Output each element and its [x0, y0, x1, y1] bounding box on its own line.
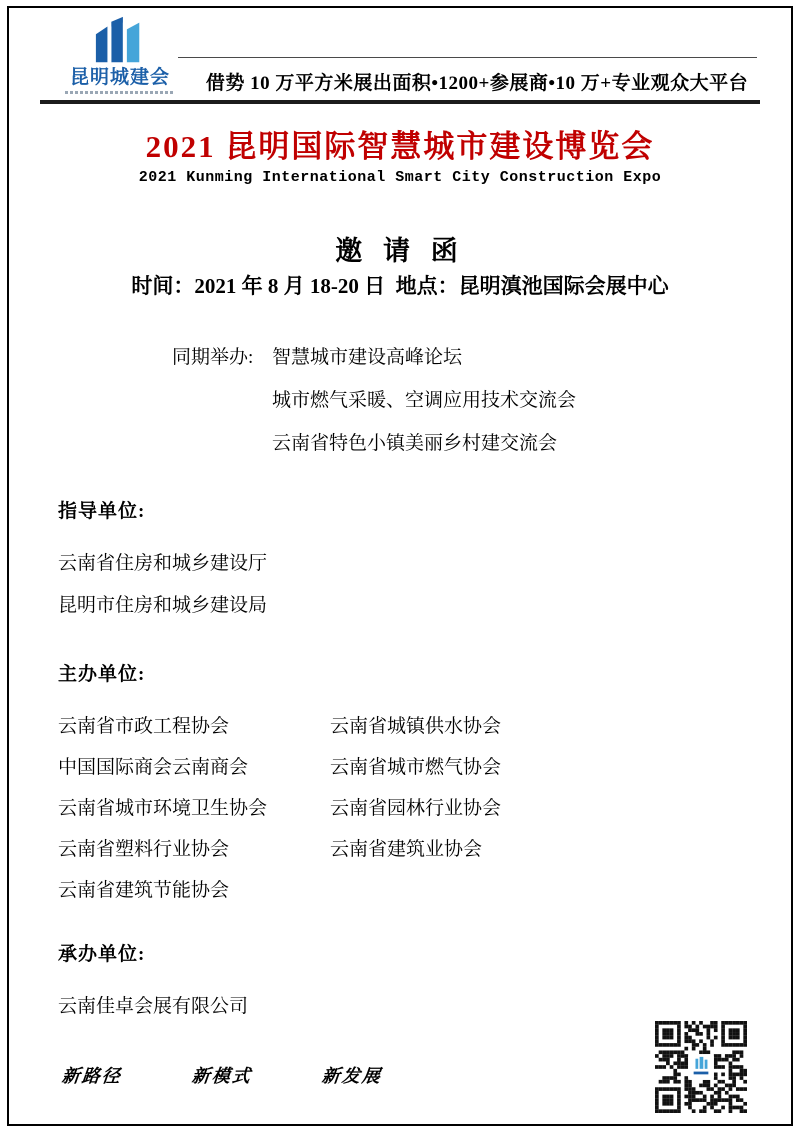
concurrent-events-list: 智慧城市建设高峰论坛 城市燃气采暖、空调应用技术交流会 云南省特色小镇美丽乡村建…: [272, 336, 576, 465]
concurrent-event: 城市燃气采暖、空调应用技术交流会: [272, 379, 576, 422]
undertaker-items: 云南佳卓会展有限公司: [58, 986, 248, 1028]
organizer-item: 云南省建筑业协会: [330, 829, 501, 870]
guidance-section: 指导单位: 云南省住房和城乡建设厅 昆明市住房和城乡建设局: [58, 496, 267, 627]
slogan: 新发展: [321, 1062, 384, 1088]
header-rule-thick: [40, 100, 760, 104]
slogan: 新路径: [61, 1062, 124, 1088]
organizer-item: 云南省建筑节能协会: [58, 870, 330, 911]
concurrent-events-section: 同期举办: 智慧城市建设高峰论坛 城市燃气采暖、空调应用技术交流会 云南省特色小…: [172, 336, 576, 465]
guidance-items: 云南省住房和城乡建设厅 昆明市住房和城乡建设局: [58, 543, 267, 627]
invitation-heading: 邀 请 函: [0, 229, 800, 268]
concurrent-event: 智慧城市建设高峰论坛: [272, 336, 576, 379]
organizers-section: 主办单位: 云南省市政工程协会 云南省城镇供水协会 中国国际商会云南商会 云南省…: [58, 659, 501, 911]
undertaker-section: 承办单位: 云南佳卓会展有限公司: [58, 939, 248, 1028]
organizer-item: 云南省城镇供水协会: [330, 706, 501, 747]
expo-title-zh: 2021 昆明国际智慧城市建设博览会: [0, 121, 800, 166]
undertaker-label: 承办单位:: [58, 939, 248, 966]
header-rule-thin: [178, 57, 757, 58]
logo-buildings-icon: [60, 14, 180, 68]
logo-name: 昆明城建会: [60, 68, 180, 88]
organizer-item: 云南省市政工程协会: [58, 706, 330, 747]
concurrent-event: 云南省特色小镇美丽乡村建交流会: [272, 422, 576, 465]
logo-subtext-line: [65, 91, 175, 94]
undertaker-item: 云南佳卓会展有限公司: [58, 986, 248, 1028]
logo: 昆明城建会: [60, 14, 180, 94]
header-banner-text: 借势 10 万平方米展出面积•1200+参展商•10 万+专业观众大平台: [196, 68, 758, 95]
organizer-item-empty: [330, 870, 501, 911]
organizer-item: 云南省城市燃气协会: [330, 747, 501, 788]
schedule-line: 时间：2021 年 8 月 18-20 日 地点：昆明滇池国际会展中心: [0, 270, 800, 300]
guidance-label: 指导单位:: [58, 496, 267, 523]
organizer-item: 中国国际商会云南商会: [58, 747, 330, 788]
footer-slogans: 新路径 新模式 新发展: [62, 1062, 382, 1088]
qr-code: [655, 1021, 747, 1113]
organizers-grid: 云南省市政工程协会 云南省城镇供水协会 中国国际商会云南商会 云南省城市燃气协会…: [58, 706, 501, 911]
organizer-item: 云南省园林行业协会: [330, 788, 501, 829]
concurrent-label: 同期举办:: [172, 336, 258, 465]
expo-title-en: 2021 Kunming International Smart City Co…: [0, 169, 800, 186]
guidance-item: 云南省住房和城乡建设厅: [58, 543, 267, 585]
organizers-label: 主办单位:: [58, 659, 501, 686]
invitation-document-page: { "colors": { "title_red": "#c00000", "l…: [0, 0, 800, 1132]
organizer-item: 云南省塑料行业协会: [58, 829, 330, 870]
organizer-item: 云南省城市环境卫生协会: [58, 788, 330, 829]
guidance-item: 昆明市住房和城乡建设局: [58, 585, 267, 627]
slogan: 新模式: [191, 1062, 254, 1088]
